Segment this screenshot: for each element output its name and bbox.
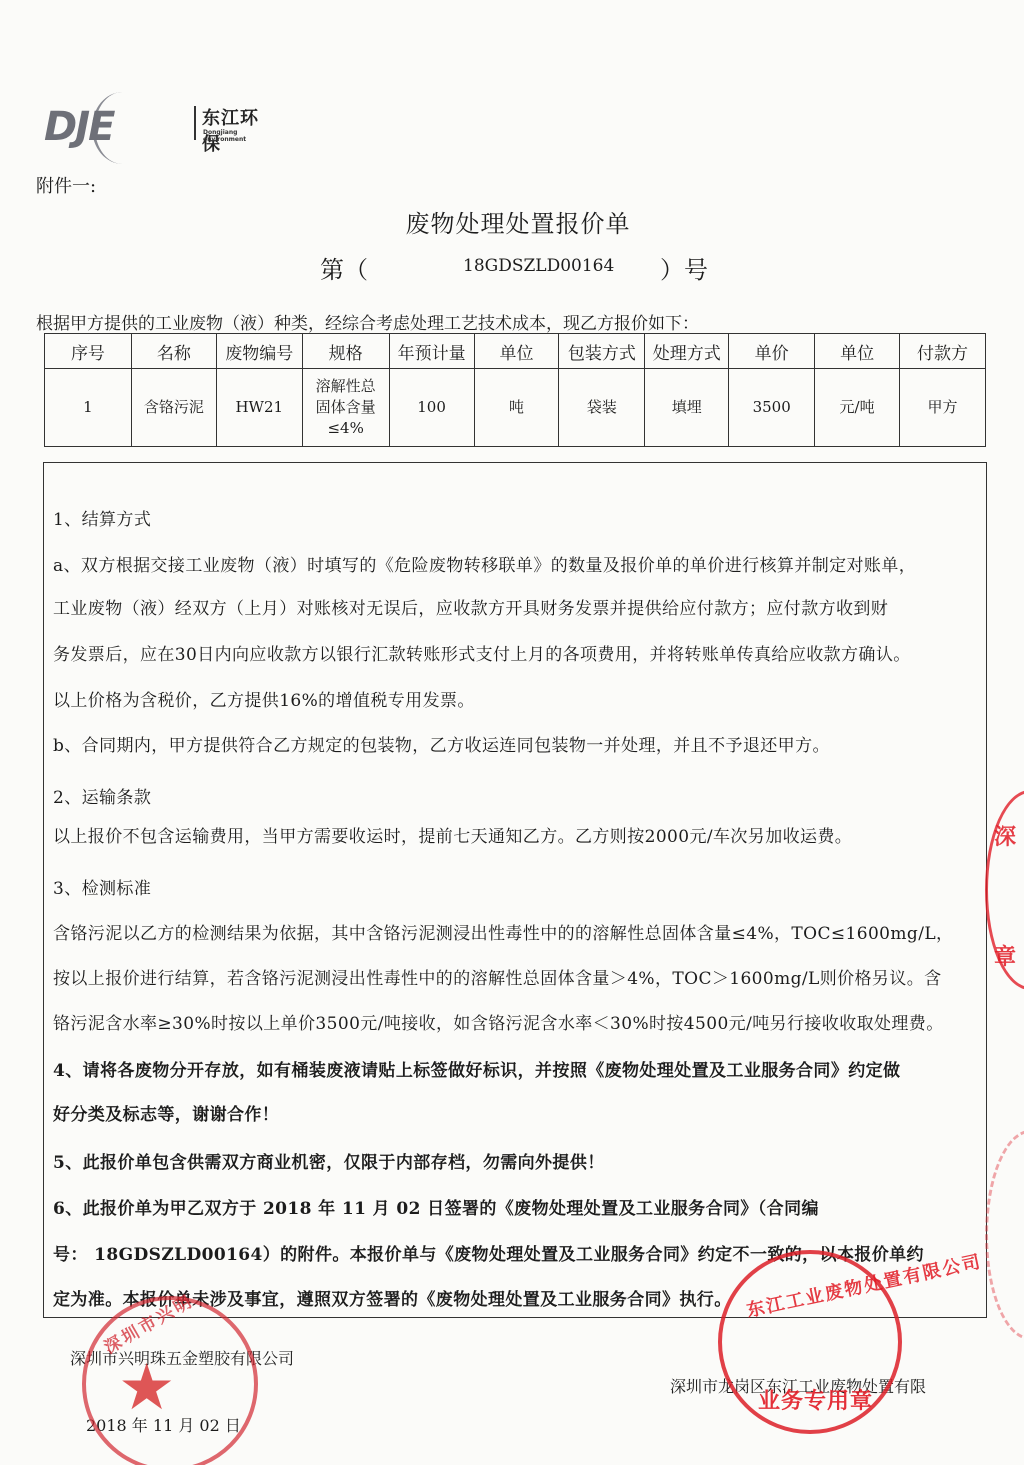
table-header-row: 序号 名称 废物编号 规格 年预计量 单位 包装方式 处理方式 单价 单位 付款… xyxy=(45,334,986,369)
term-heading-settlement: 1、结算方式 xyxy=(53,505,151,530)
cell-name: 含铬污泥 xyxy=(131,369,216,447)
header-qty-unit: 单位 xyxy=(474,334,559,369)
term-line: a、双方根据交接工业废物（液）时填写的《危险废物转移联单》的数量及报价单的单价进… xyxy=(53,551,916,576)
logo-english-name: Dongjiang environment xyxy=(203,129,264,143)
cell-spec: 溶解性总 固体含量 ≤4% xyxy=(302,369,389,447)
header-unit-price: 单价 xyxy=(729,334,815,369)
attachment-label: 附件一: xyxy=(36,172,96,198)
term-heading-transport: 2、运输条款 xyxy=(53,783,151,808)
term-line: 以上价格为含税价，乙方提供16%的增值税专用发票。 xyxy=(53,686,475,711)
party-b-seal-text: 业务专用章 xyxy=(758,1384,873,1415)
cell-unit-price: 3500 xyxy=(729,369,815,447)
cell-packaging: 袋装 xyxy=(559,369,645,447)
cell-treatment: 填埋 xyxy=(645,369,729,447)
term-line: 按以上报价进行结算，若含铬污泥测浸出性毒性中的的溶解性总固体含量＞4%，TOC＞… xyxy=(53,964,942,989)
cell-price-unit: 元/吨 xyxy=(815,369,900,447)
header-annual-qty: 年预计量 xyxy=(389,334,474,369)
terms-box: 1、结算方式 a、双方根据交接工业废物（液）时填写的《危险废物转移联单》的数量及… xyxy=(43,462,987,1318)
document-number-suffix: ）号 xyxy=(660,250,708,285)
edge-seal-char: 章 xyxy=(994,940,1016,971)
header-packaging: 包装方式 xyxy=(559,334,645,369)
term-item-6: 6、此报价单为甲乙双方于 2018 年 11 月 02 日签署的《废物处理处置及… xyxy=(53,1194,819,1219)
document-title: 废物处理处置报价单 xyxy=(0,204,1024,239)
table-row: 1 含铬污泥 HW21 溶解性总 固体含量 ≤4% 100 吨 袋装 填埋 35… xyxy=(45,369,986,447)
header-name: 名称 xyxy=(131,334,216,369)
cell-no: 1 xyxy=(45,369,132,447)
cell-code: HW21 xyxy=(216,369,302,447)
document-number-prefix: 第（ xyxy=(320,250,368,285)
header-treatment: 处理方式 xyxy=(645,334,729,369)
term-item-4: 4、请将各废物分开存放，如有桶装废液请贴上标签做好标识，并按照《废物处理处置及工… xyxy=(53,1056,900,1081)
term-line: 工业废物（液）经双方（上月）对账核对无误后，应收款方开具财务发票并提供给应付款方… xyxy=(53,594,888,619)
company-logo: DJE 东江环保 Dongjiang environment xyxy=(44,98,264,168)
term-line: b、合同期内，甲方提供符合乙方规定的包装物，乙方收运连同包装物一并处理，并且不予… xyxy=(53,731,830,756)
header-code: 废物编号 xyxy=(216,334,302,369)
header-price-unit: 单位 xyxy=(815,334,900,369)
edge-seal-faint-icon xyxy=(985,1130,1024,1340)
quote-table: 序号 名称 废物编号 规格 年预计量 单位 包装方式 处理方式 单价 单位 付款… xyxy=(44,333,986,447)
cell-payer: 甲方 xyxy=(900,369,986,447)
spec-line: 固体含量 xyxy=(303,397,389,418)
edge-seal-char: 深 xyxy=(994,820,1016,851)
header-spec: 规格 xyxy=(302,334,389,369)
spec-line: 溶解性总 xyxy=(303,376,389,397)
document-number: 第（ 18GDSZLD00164 ）号 xyxy=(320,250,740,284)
star-icon: ★ xyxy=(118,1356,175,1420)
term-line: 以上报价不包含运输费用，当甲方需要收运时，提前七天通知乙方。乙方则按2000元/… xyxy=(53,822,852,847)
cell-qty-unit: 吨 xyxy=(474,369,559,447)
term-line: 务发票后，应在30日内向应收款方以银行汇款转账形式支付上月的各项费用，并将转账单… xyxy=(53,640,911,665)
term-heading-testing: 3、检测标准 xyxy=(53,874,151,899)
term-line: 好分类及标志等，谢谢合作！ xyxy=(53,1100,279,1125)
spec-line: ≤4% xyxy=(303,418,389,439)
term-line: 铬污泥含水率≥30%时按以上单价3500元/吨接收，如含铬污泥含水率＜30%时按… xyxy=(53,1009,944,1034)
header-payer: 付款方 xyxy=(900,334,986,369)
document-number-value: 18GDSZLD00164 xyxy=(463,256,614,276)
cell-annual-qty: 100 xyxy=(389,369,474,447)
logo-mark: DJE xyxy=(44,104,113,150)
term-item-5: 5、此报价单包含供需双方商业机密，仅限于内部存档，勿需向外提供！ xyxy=(53,1148,605,1173)
term-line: 含铬污泥以乙方的检测结果为依据，其中含铬污泥测浸出性毒性中的的溶解性总固体含量≤… xyxy=(53,919,953,944)
intro-text: 根据甲方提供的工业废物（液）种类，经综合考虑处理工艺技术成本，现乙方报价如下： xyxy=(36,309,699,334)
logo-divider xyxy=(194,106,196,140)
header-no: 序号 xyxy=(45,334,132,369)
